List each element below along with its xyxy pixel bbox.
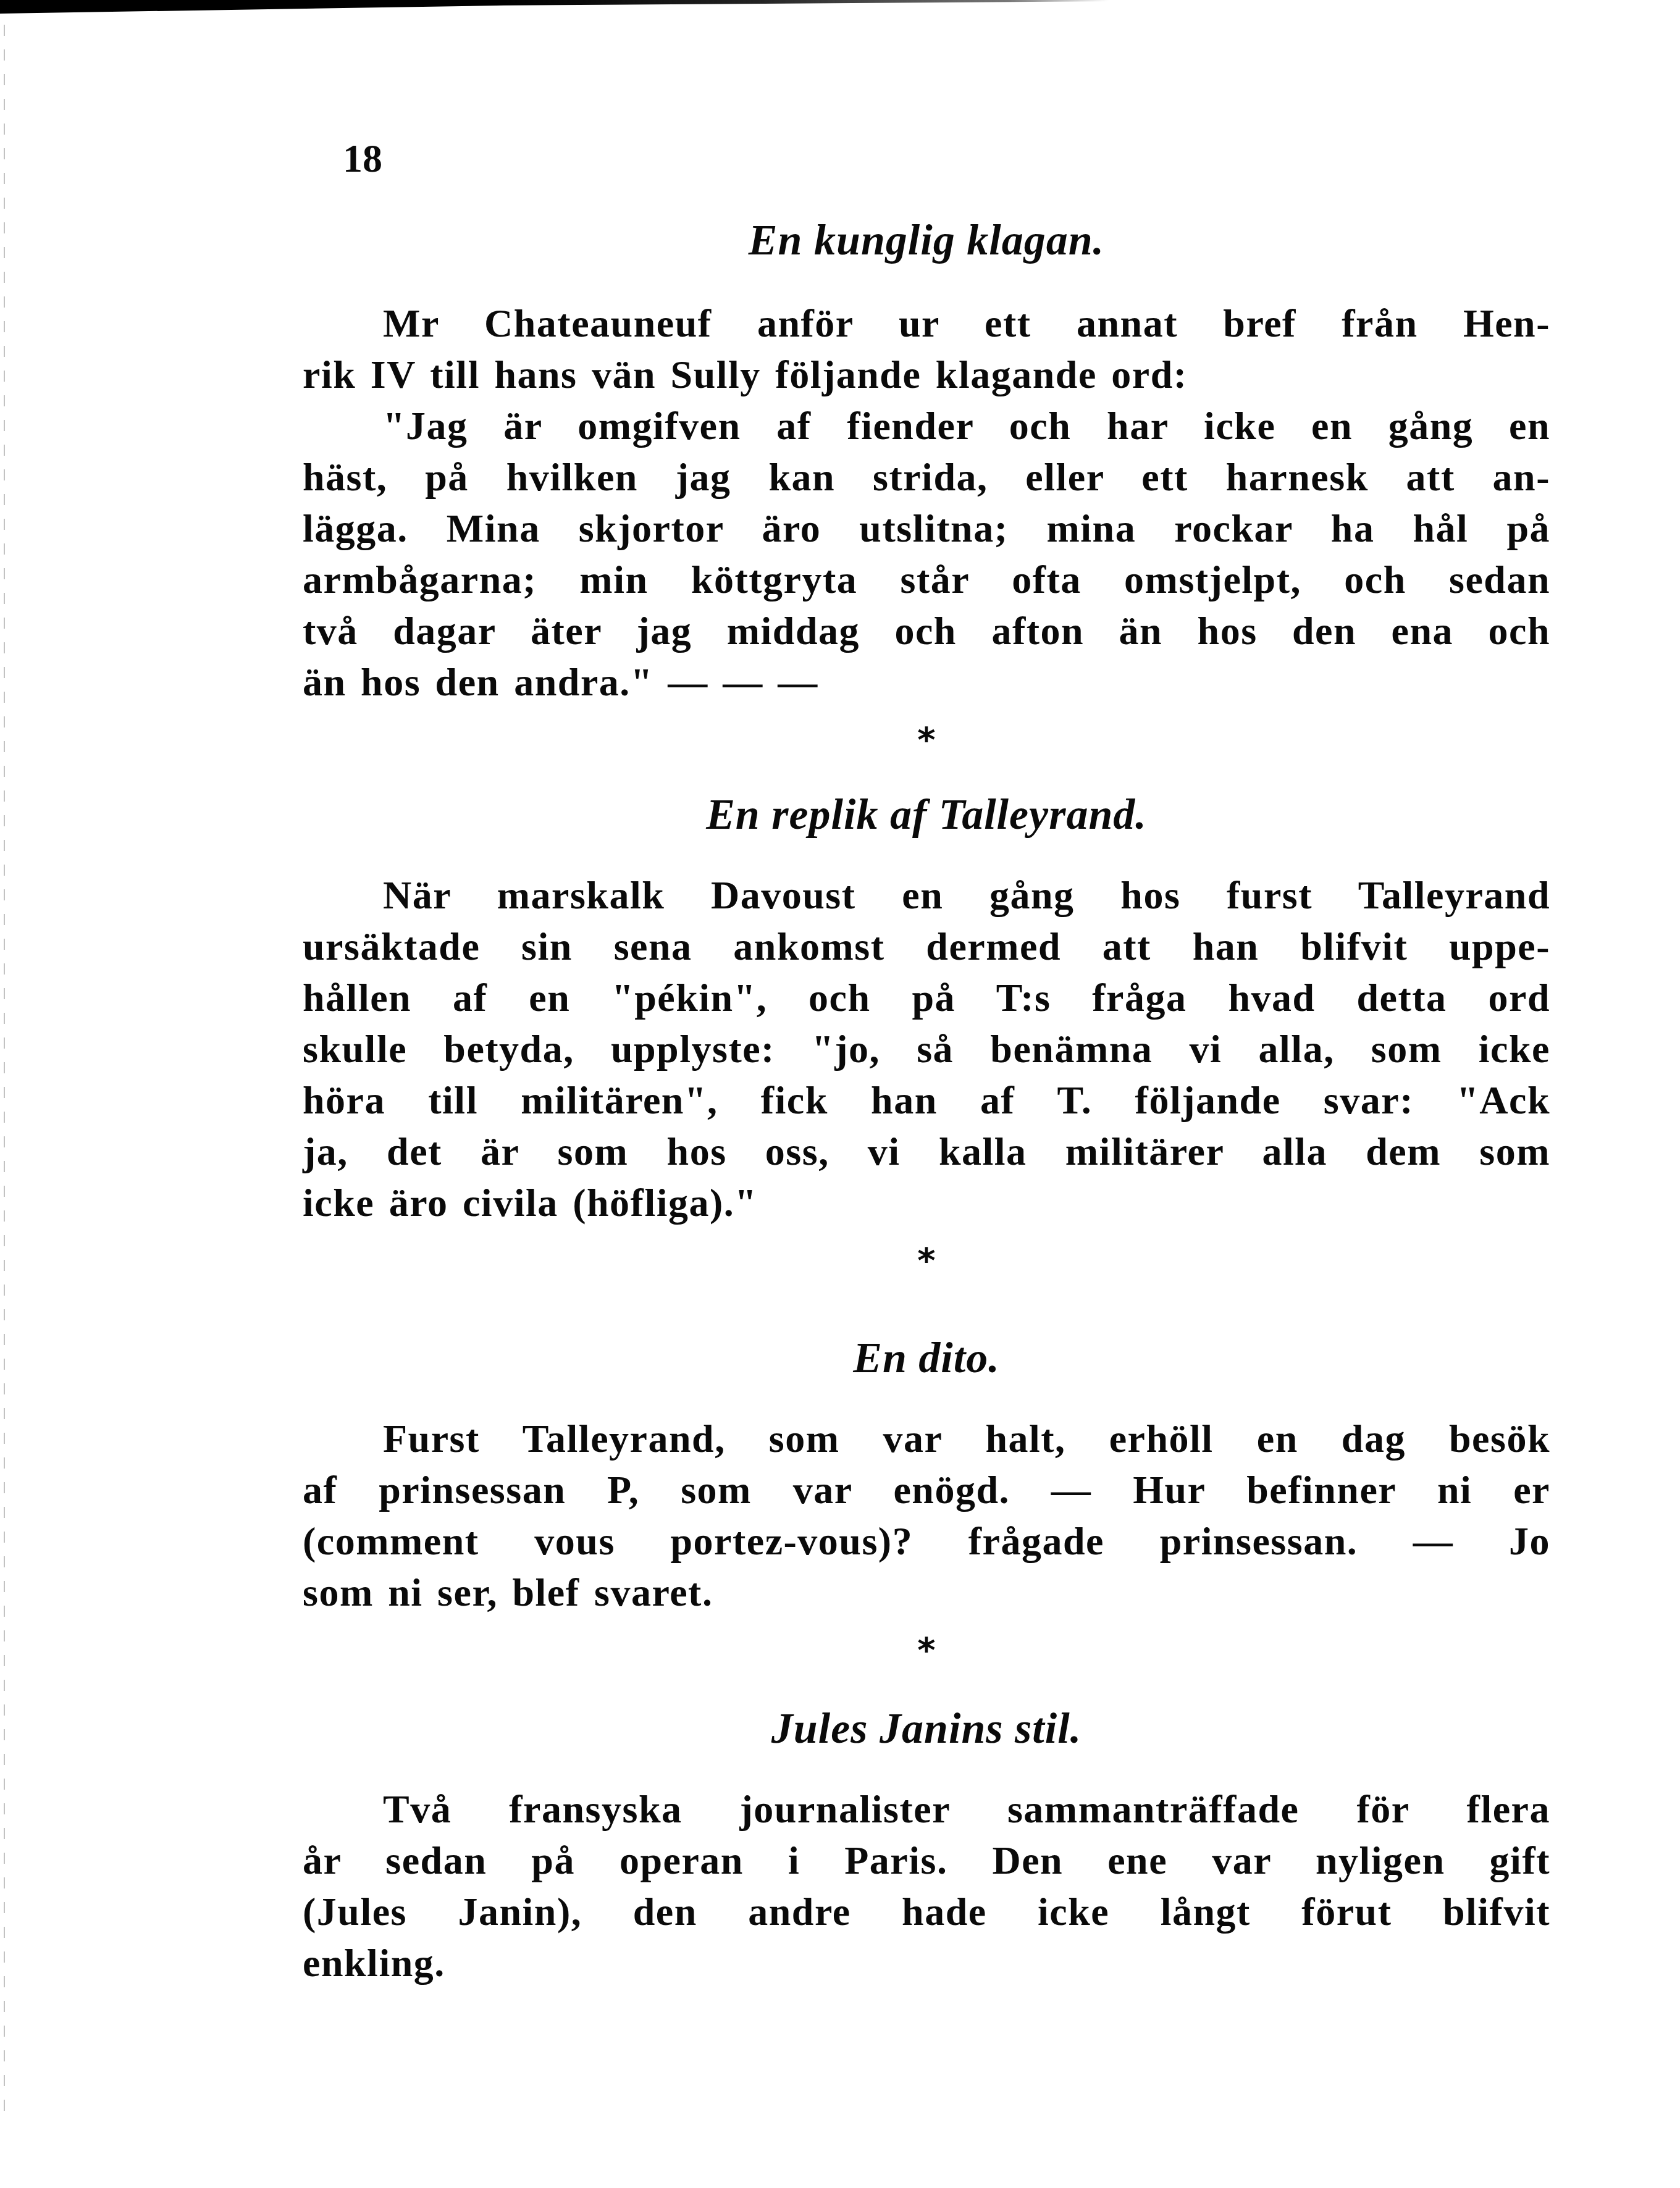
text-line: (comment vous portez-vous)? frågade prin…	[303, 1515, 1550, 1567]
paragraph: När marskalk Davoust en gång hos furst T…	[303, 870, 1550, 1228]
text-line: (Jules Janin), den andre hade icke långt…	[303, 1886, 1550, 1937]
text-line: rik IV till hans vän Sully följande klag…	[303, 349, 1550, 400]
section-title: Jules Janins stil.	[303, 1704, 1550, 1754]
text-line: höra till militären", fick han af T. föl…	[303, 1075, 1550, 1126]
text-line: Mr Chateauneuf anför ur ett annat bref f…	[303, 298, 1550, 349]
text-line: ursäktade sin sena ankomst dermed att ha…	[303, 921, 1550, 972]
text-line: "Jag är omgifven af fiender och har icke…	[303, 400, 1550, 451]
paragraph: Två fransyska journalister sammanträffad…	[303, 1784, 1550, 1989]
text-line: Furst Talleyrand, som var halt, erhöll e…	[303, 1413, 1550, 1464]
paragraph: "Jag är omgifven af fiender och har icke…	[303, 400, 1550, 708]
section-en-dito: En dito. Furst Talleyrand, som var halt,…	[303, 1334, 1550, 1670]
text-line: lägga. Mina skjortor äro utslitna; mina …	[303, 503, 1550, 554]
text-line: När marskalk Davoust en gång hos furst T…	[303, 870, 1550, 921]
paragraph: Mr Chateauneuf anför ur ett annat bref f…	[303, 298, 1550, 400]
text-line: enkling.	[303, 1937, 1550, 1989]
section-title: En dito.	[303, 1334, 1550, 1383]
text-line: än hos den andra." — — —	[303, 656, 1550, 708]
text-line: som ni ser, blef svaret.	[303, 1567, 1550, 1618]
text-line: ja, det är som hos oss, vi kalla militär…	[303, 1126, 1550, 1177]
text-line: skulle betyda, upplyste: "jo, så benämna…	[303, 1023, 1550, 1075]
text-line: af prinsessan P, som var enögd. — Hur be…	[303, 1464, 1550, 1515]
paragraph: Furst Talleyrand, som var halt, erhöll e…	[303, 1413, 1550, 1618]
text-line: Två fransyska journalister sammanträffad…	[303, 1784, 1550, 1835]
section-jules-janins-stil: Jules Janins stil. Två fransyska journal…	[303, 1704, 1550, 1989]
asterisk-separator: *	[303, 1630, 1550, 1670]
page-number: 18	[343, 136, 382, 182]
scan-top-border	[0, 0, 1680, 14]
text-line: två dagar äter jag middag och afton än h…	[303, 605, 1550, 656]
text-line: år sedan på operan i Paris. Den ene var …	[303, 1835, 1550, 1886]
text-line: hållen af en "pékin", och på T:s fråga h…	[303, 972, 1550, 1023]
section-title: En kunglig klagan.	[303, 216, 1550, 266]
section-replik-talleyrand: En replik af Talleyrand. När marskalk Da…	[303, 790, 1550, 1281]
scan-left-edge	[4, 25, 5, 2124]
section-title: En replik af Talleyrand.	[303, 790, 1550, 840]
section-kunglig-klagan: En kunglig klagan. Mr Chateauneuf anför …	[303, 216, 1550, 760]
text-line: häst, på hvilken jag kan strida, eller e…	[303, 451, 1550, 503]
asterisk-separator: *	[303, 1241, 1550, 1281]
asterisk-separator: *	[303, 720, 1550, 760]
text-line: armbågarna; min köttgryta står ofta omst…	[303, 554, 1550, 605]
text-line: icke äro civila (höfliga)."	[303, 1177, 1550, 1228]
